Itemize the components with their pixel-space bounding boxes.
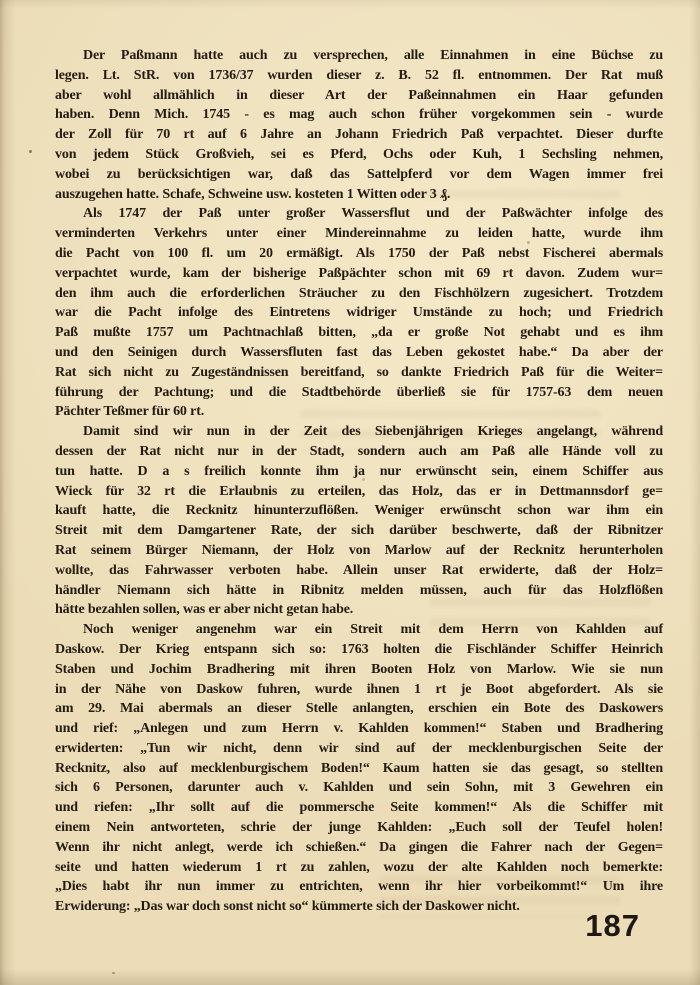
paragraph-wassersflut-pacht: Als 1747 der Paß unter großer Wassersflu… (55, 204, 663, 422)
text-line: seite und hatten wiederum 1 rt zu zahlen… (55, 858, 663, 878)
text-line: in der Nähe von Daskow fuhren, wurde ihn… (55, 680, 663, 700)
paper-speck (29, 150, 32, 153)
text-line: legen. Lt. StR. von 1736/37 wurden diese… (55, 66, 663, 86)
text-block: Der Paßmann hatte auch zu versprechen, a… (55, 46, 663, 917)
book-page: Der Paßmann hatte auch zu versprechen, a… (0, 0, 700, 985)
paper-speck (112, 972, 115, 974)
text-line: und den Seinigen durch Wassersfluten fas… (55, 343, 663, 363)
text-line: und riefen: „Ihr sollt auf die pommersch… (55, 798, 663, 818)
text-line: am 29. Mai abermals an dieser Stelle anl… (55, 699, 663, 719)
text-line: Wenn ihr nicht anlegt, werde ich schieße… (55, 838, 663, 858)
text-line: Noch weniger angenehm war ein Streit mit… (55, 620, 663, 640)
text-line: Erwiderung: „Das war doch sonst nicht so… (55, 897, 663, 917)
text-line: sich 6 Personen, darunter auch v. Kahlde… (55, 778, 663, 798)
text-line: Rat seinem Bürger Niemann, der Holz von … (55, 541, 663, 561)
text-line: Daskow. Der Krieg entspann sich so: 1763… (55, 640, 663, 660)
text-line: kauft hatte, die Recknitz hinunterzuflöß… (55, 501, 663, 521)
text-line: „Dies habt ihr nun immer zu entrichten, … (55, 877, 663, 897)
text-line: Recknitz, also auf mecklenburgischem Bod… (55, 759, 663, 779)
text-line: dessen der Rat nicht nur in der Stadt, s… (55, 442, 663, 462)
text-line: Der Paßmann hatte auch zu versprechen, a… (55, 46, 663, 66)
text-line: von jedem Stück Großvieh, sei es Pferd, … (55, 145, 663, 165)
paragraph-siebenjaehriger-krieg: Damit sind wir nun in der Zeit des Siebe… (55, 422, 663, 620)
text-line: den ihm auch die erforderlichen Sträuche… (55, 284, 663, 304)
text-line: Streit mit dem Damgartener Rate, der sic… (55, 521, 663, 541)
text-line: haben. Denn Mich. 1745 - es mag auch sch… (55, 105, 663, 125)
text-line: erwiderten: „Tun wir nicht, denn wir sin… (55, 739, 663, 759)
text-line: aber wohl allmählich in dieser Art der P… (55, 86, 663, 106)
text-line: verminderten Verkehrs unter einer Minder… (55, 224, 663, 244)
text-line: Als 1747 der Paß unter großer Wassersflu… (55, 204, 663, 224)
text-line: wobei zu berücksichtigen war, daß das Sa… (55, 165, 663, 185)
text-line: tun hatte. D a s freilich konnte ihm ja … (55, 462, 663, 482)
text-line: war die Pacht infolge des Eintretens wid… (55, 303, 663, 323)
text-line: Paß mußte 1757 um Pachtnachlaß bitten, „… (55, 323, 663, 343)
text-line: die Pacht von 100 fl. um 20 ermäßigt. Al… (55, 244, 663, 264)
page-number: 187 (585, 910, 640, 941)
text-line: Staben und Jochim Bradhering mit ihren B… (55, 660, 663, 680)
paragraph-passmann-pacht: Der Paßmann hatte auch zu versprechen, a… (55, 46, 663, 204)
text-line: hätte bezahlen sollen, was er aber nicht… (55, 600, 663, 620)
text-line: und rief: „Anlegen und zum Herrn v. Kahl… (55, 719, 663, 739)
text-line: der Zoll für 70 rt auf 6 Jahre an Johann… (55, 125, 663, 145)
paragraph-streit-kahlden: Noch weniger angenehm war ein Streit mit… (55, 620, 663, 917)
text-line: händler Niemann sich hätte in Ribnitz me… (55, 581, 663, 601)
text-line: führung der Pachtung; und die Stadtbehör… (55, 383, 663, 403)
text-line: Rat sich nicht zu Zugeständnissen bereit… (55, 363, 663, 383)
text-line: einem Nein antworteten, schrie der junge… (55, 818, 663, 838)
text-line: Damit sind wir nun in der Zeit des Siebe… (55, 422, 663, 442)
text-line: auszugehen hatte. Schafe, Schweine usw. … (55, 185, 663, 205)
text-line: verpachtet wurde, kam der bisherige Paßp… (55, 264, 663, 284)
text-line: wollte, das Fahrwasser verboten habe. Al… (55, 561, 663, 581)
text-line: Pächter Teßmer für 60 rt. (55, 402, 663, 422)
text-line: Wieck für 32 rt die Erlaubnis zu erteile… (55, 482, 663, 502)
